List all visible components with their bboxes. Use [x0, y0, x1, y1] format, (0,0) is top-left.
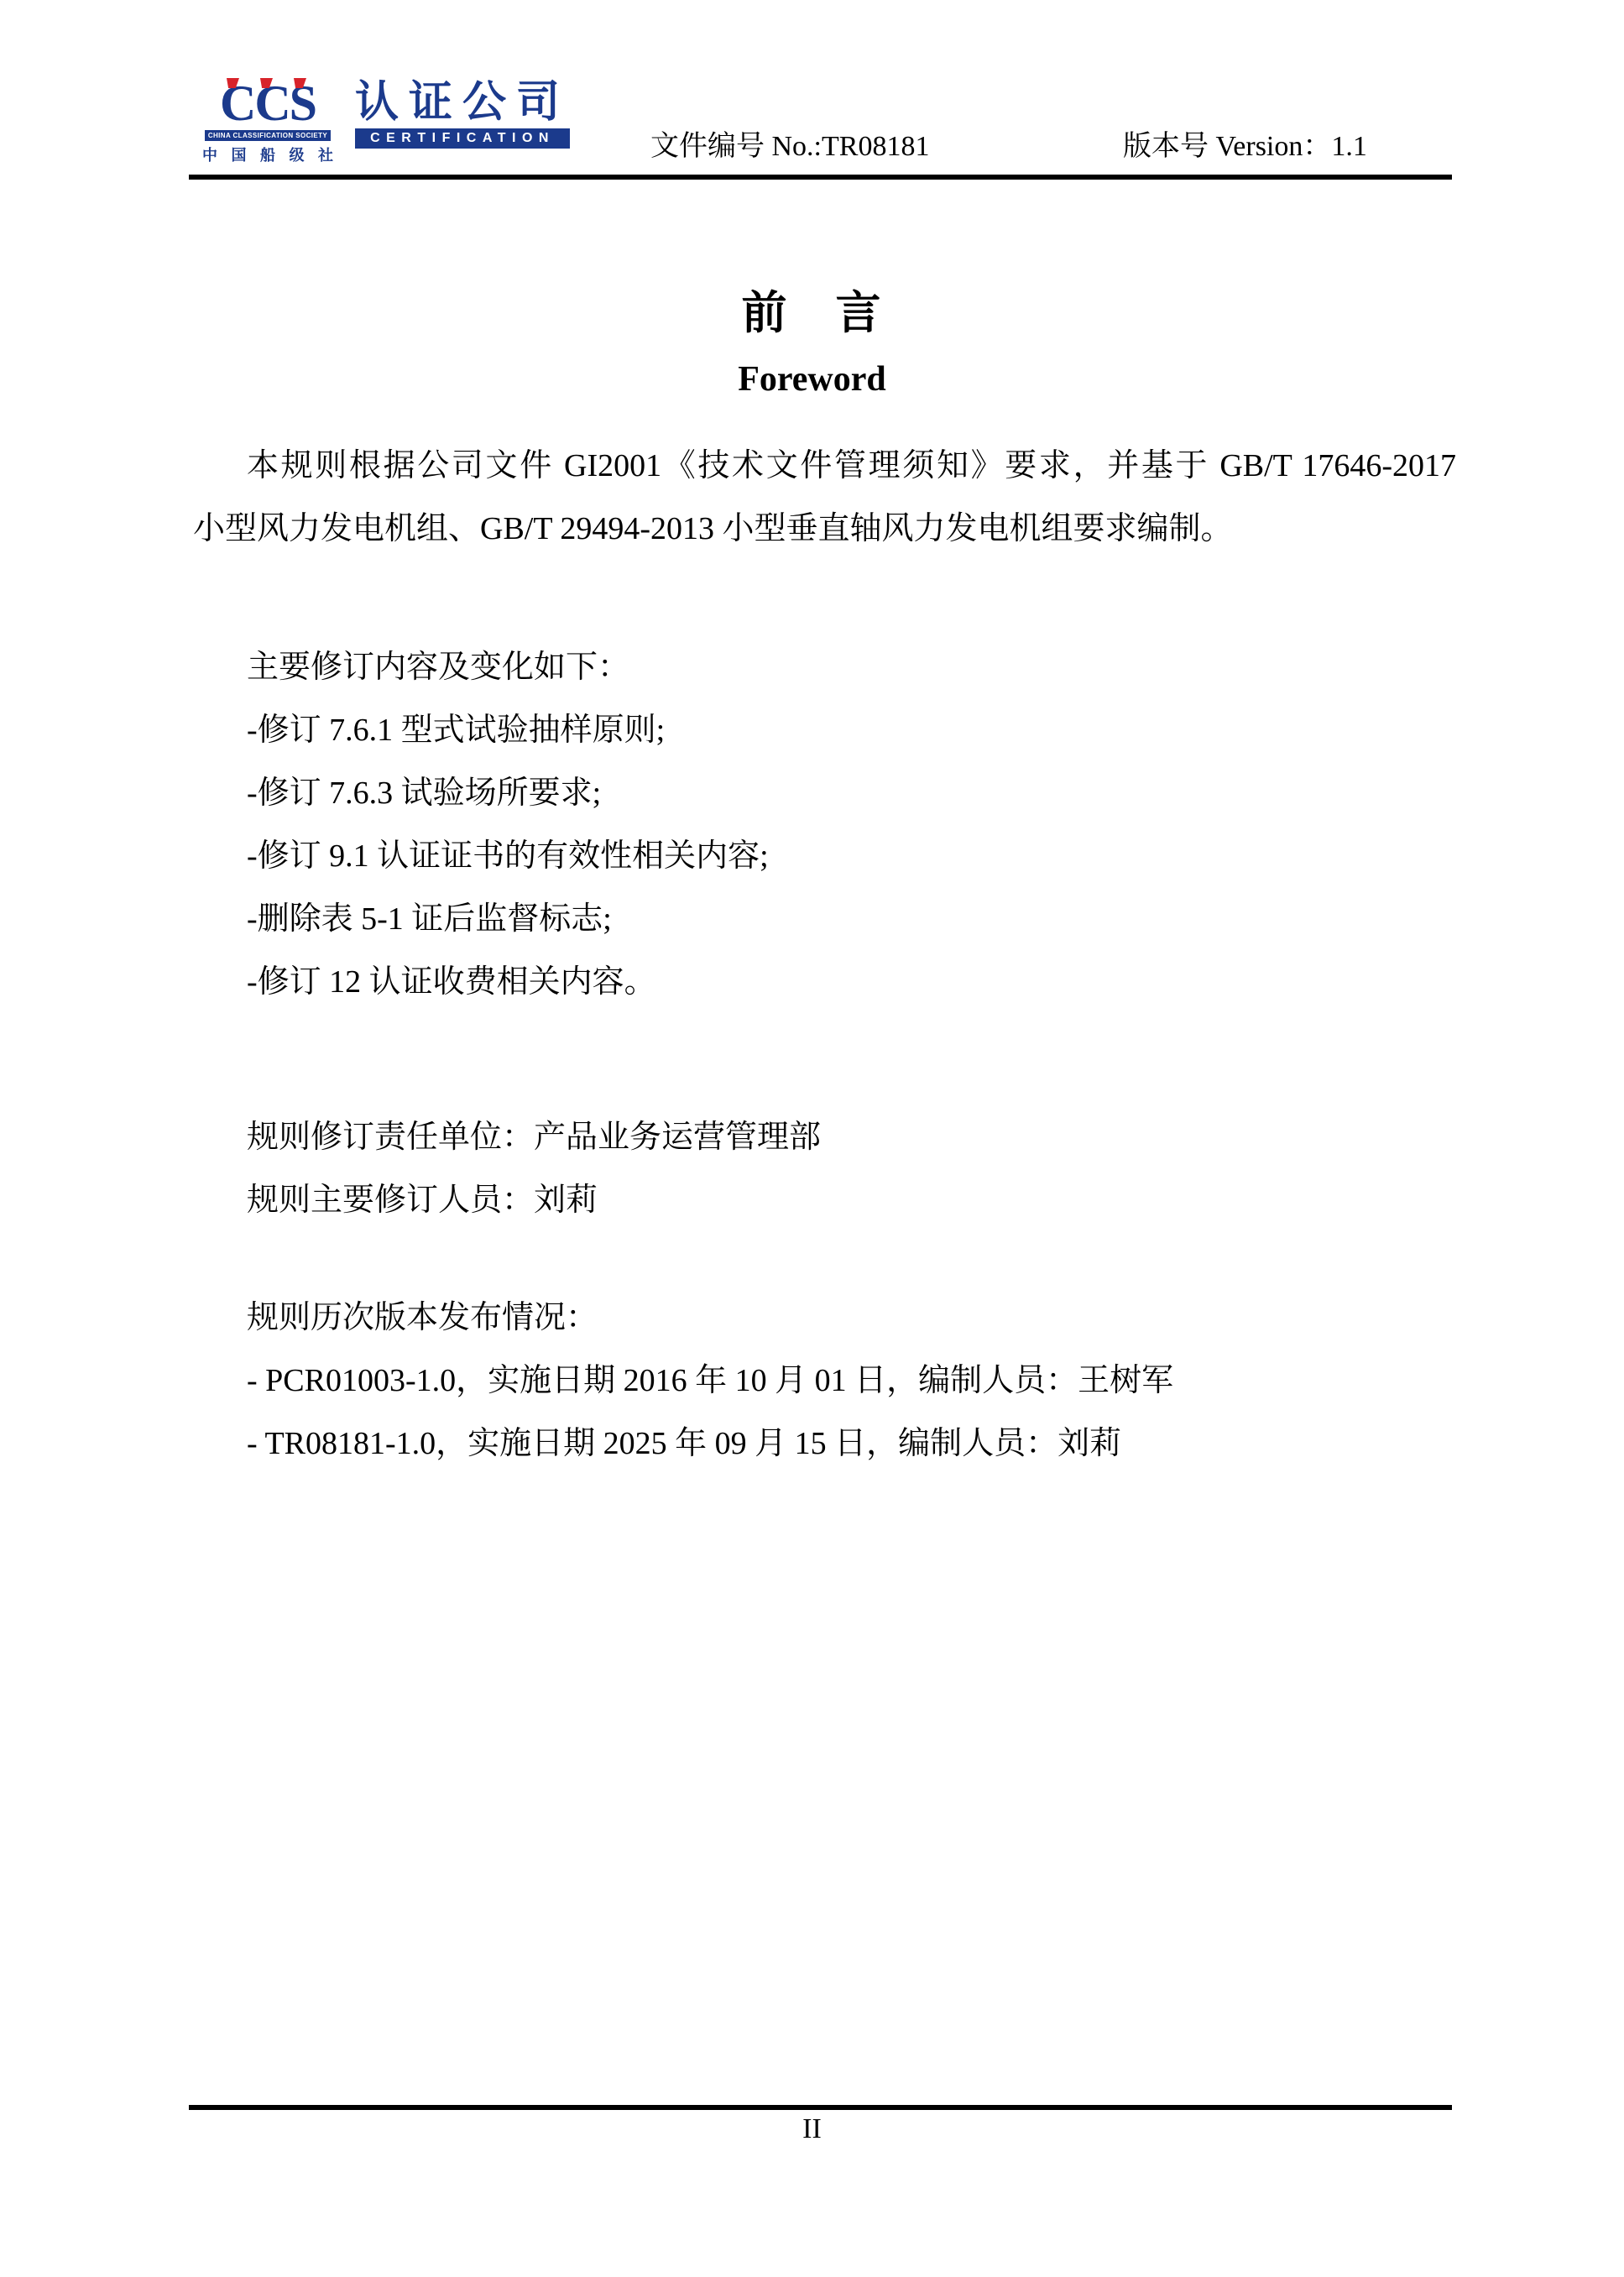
responsibility-block: 规则修订责任单位：产品业务运营管理部 规则主要修订人员：刘莉	[193, 1106, 1456, 1232]
header-divider	[189, 175, 1452, 180]
revision-item: -修订 9.1 认证证书的有效性相关内容;	[193, 825, 1456, 888]
history-heading: 规则历次版本发布情况：	[193, 1287, 1456, 1350]
revision-item: -修订 7.6.3 试验场所要求;	[193, 762, 1456, 825]
revision-list: 主要修订内容及变化如下： -修订 7.6.1 型式试验抽样原则; -修订 7.6…	[193, 636, 1456, 1014]
responsible-person: 规则主要修订人员：刘莉	[193, 1169, 1456, 1232]
revision-item: -删除表 5-1 证后监督标志;	[193, 888, 1456, 951]
revision-item: -修订 7.6.1 型式试验抽样原则;	[193, 699, 1456, 762]
document-page: CCS CHINA CLASSIFICATION SOCIETY 中 国 船 级…	[0, 0, 1624, 2277]
society-en-banner: CHINA CLASSIFICATION SOCIETY	[205, 130, 331, 141]
company-cn-label: 认证公司	[355, 81, 570, 124]
history-item: - PCR01003-1.0，实施日期 2016 年 10 月 01 日，编制人…	[193, 1350, 1456, 1413]
version-label: 版本号 Version：1.1	[1123, 123, 1367, 164]
certification-banner: CERTIFICATION	[355, 128, 570, 149]
version-history-block: 规则历次版本发布情况： - PCR01003-1.0，实施日期 2016 年 1…	[193, 1287, 1456, 1475]
revision-item: -修订 12 认证收费相关内容。	[193, 951, 1456, 1014]
footer-divider	[189, 2105, 1452, 2110]
intro-paragraph: 本规则根据公司文件 GI2001《技术文件管理须知》要求，并基于 GB/T 17…	[193, 435, 1456, 561]
page-number: II	[0, 2113, 1624, 2145]
document-number: 文件编号 No.:TR08181	[650, 123, 929, 164]
history-item: - TR08181-1.0，实施日期 2025 年 09 月 15 日，编制人员…	[193, 1413, 1456, 1475]
intro-line-2: 小型风力发电机组、GB/T 29494-2013 小型垂直轴风力发电机组要求编制…	[193, 498, 1456, 561]
page-title-cn: 前 言	[0, 277, 1624, 342]
page-title-en: Foreword	[0, 359, 1624, 400]
intro-line-1: 本规则根据公司文件 GI2001《技术文件管理须知》要求，并基于 GB/T 17…	[193, 435, 1456, 498]
ccs-wordmark: CCS	[220, 81, 316, 127]
responsible-unit: 规则修订责任单位：产品业务运营管理部	[193, 1106, 1456, 1169]
society-cn-label: 中 国 船 级 社	[197, 144, 338, 165]
revision-heading: 主要修订内容及变化如下：	[193, 636, 1456, 699]
ccs-logo-right: 认证公司 CERTIFICATION	[355, 81, 570, 149]
ccs-logo: CCS CHINA CLASSIFICATION SOCIETY 中 国 船 级…	[197, 81, 570, 165]
ccs-logo-left: CCS CHINA CLASSIFICATION SOCIETY 中 国 船 级…	[197, 81, 338, 165]
